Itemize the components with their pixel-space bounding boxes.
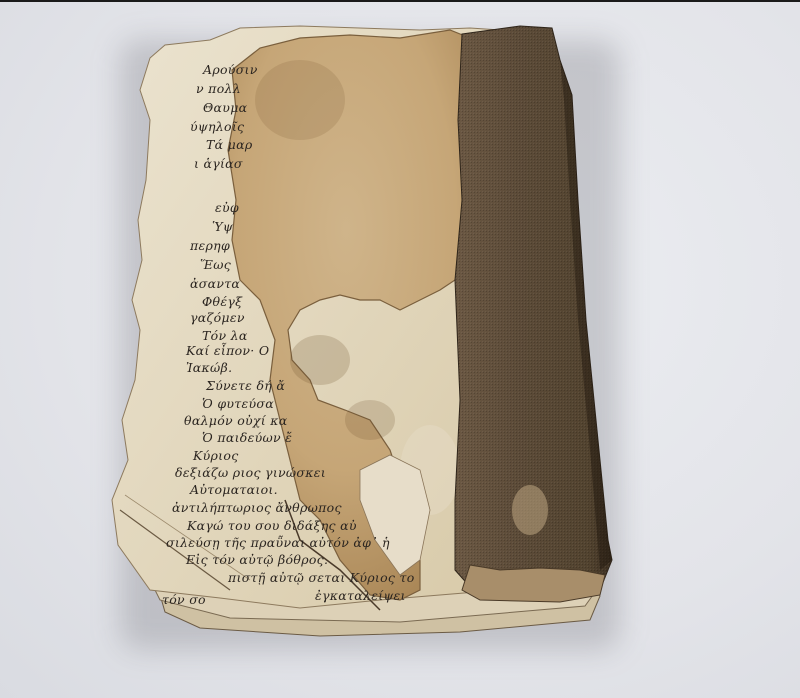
text-line: Φθέγξ xyxy=(202,296,242,309)
text-line: ν πολλ xyxy=(196,83,241,96)
text-line: Καγώ του σου διδάξης αὐ xyxy=(187,520,357,533)
text-line: ύψηλοῖς xyxy=(190,121,244,134)
text-line: Αρούσιν xyxy=(203,64,258,77)
text-line: θαλμόν οὐχί κα xyxy=(184,415,288,428)
text-line: ἀντιλήπτωριος ἄνθρωπος xyxy=(172,502,342,515)
text-line: σιλεύσῃ τῆς πραῧναι αὐτόν ἀφ᾽ ἡ xyxy=(166,537,390,550)
text-line: Ὁ παιδεύων ἔ xyxy=(202,432,292,445)
text-line: πιστῇ αὐτῷ σεται Κύριος το xyxy=(228,572,415,585)
text-line: τόν σο xyxy=(162,594,206,607)
text-line: Ἰακώβ. xyxy=(186,362,232,375)
text-line: Ὑψ xyxy=(212,221,233,234)
text-line: Αὐτοματαιοι. xyxy=(190,484,278,497)
text-line: Τόν λα xyxy=(202,330,248,343)
text-line: περηφ xyxy=(190,240,230,253)
text-line: Καί εἶπον· Ο xyxy=(186,345,269,358)
text-line: Θαυμα xyxy=(203,102,247,115)
text-line: γαζόμεν xyxy=(190,312,245,325)
text-line: ἀσαντα xyxy=(190,278,240,291)
text-line: δεξιάζω ριος γινώσκει xyxy=(175,467,326,480)
text-line: Ἕως xyxy=(200,259,231,272)
text-line: ἐγκαταλείψει xyxy=(315,590,406,603)
text-line: Κύριος xyxy=(193,450,239,463)
text-line: Εἰς τόν αὐτῷ βόθρος. xyxy=(186,554,328,567)
text-line: Τά μαρ xyxy=(206,139,252,152)
text-line: Σύνετε δή ἄ xyxy=(206,380,285,393)
text-line: εὐφ xyxy=(215,202,239,215)
text-line: Ὁ φυτεύσα xyxy=(202,398,274,411)
text-line: ι ἁγίασ xyxy=(194,158,243,171)
